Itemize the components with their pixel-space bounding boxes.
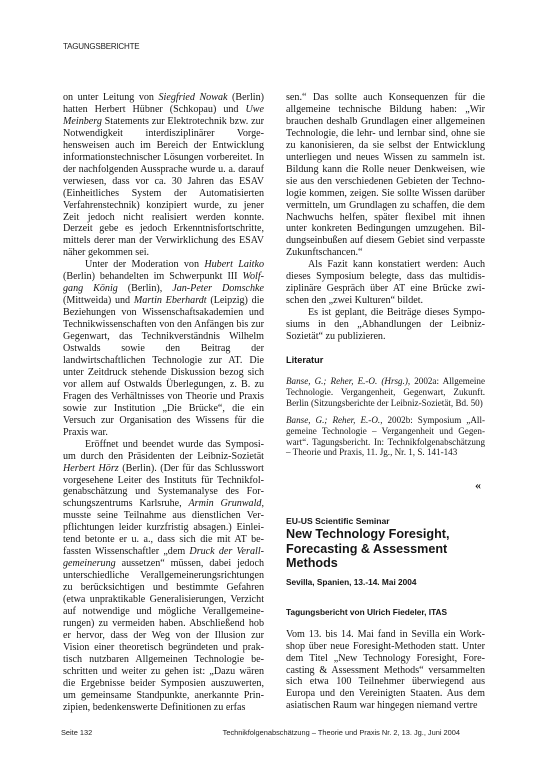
italic-name: Siegfried Nowak [158, 92, 227, 103]
article-place-date: Sevilla, Spanien, 13.-14. Mai 2004 [286, 577, 485, 589]
italic-name: Martin Eberhardt [134, 295, 207, 306]
article-author-line: Tagungsbericht von Ulrich Fiedeler, ITAS [286, 607, 485, 619]
text-run: Statements zur Elektrotechnik bzw. zur N… [63, 116, 264, 258]
article-title: New Technology Foresight, Forecasting & … [286, 527, 485, 571]
paragraph: on unter Leitung von Siegfried Nowak (Be… [63, 92, 264, 259]
paragraph: Unter der Moderation von Hubert Laitko (… [63, 259, 264, 438]
footer-page-number: Seite 132 [61, 728, 92, 737]
running-head-section: TAGUNGSBERICHTE [63, 42, 139, 51]
reference-entry: Banse, G.; Reher, E.-O., 2002b: Symposiu… [286, 415, 485, 459]
paragraph: Vom 13. bis 14. Mai fand in Sevilla ein … [286, 629, 485, 713]
article-end-mark: « [286, 480, 481, 492]
reference-authors: Banse, G.; Reher, E.-O. [286, 415, 380, 425]
text-run: (Mittweida) und [63, 295, 134, 306]
paragraph: sen.“ Das sollte auch Konsequenzen für d… [286, 92, 485, 259]
italic-name: Herbert Hörz [63, 463, 119, 474]
right-column: sen.“ Das sollte auch Konsequenzen für d… [286, 92, 485, 712]
paragraph: Als Fazit kann konstatiert werden: Auch … [286, 259, 485, 307]
text-run: (Berlin), [118, 283, 172, 294]
footer-journal-info: Technikfolgenabschätzung – Theorie und P… [223, 728, 460, 737]
literature-heading: Literatur [286, 355, 485, 367]
text-run: on unter Leitung von [63, 92, 158, 103]
text-run: aussetzen“ müssen, dabei jedoch untersch… [63, 558, 264, 712]
reference-authors: Banse, G.; Reher, E.-O. (Hrsg.) [286, 376, 408, 386]
reference-entry: Banse, G.; Reher, E.-O. (Hrsg.), 2002a: … [286, 376, 485, 409]
italic-name: Hubert Laitko [204, 259, 264, 270]
text-run: (Berlin) behandelten im Schwerpunkt III [63, 271, 242, 282]
italic-name: Jan-Peter Domschke [172, 283, 264, 294]
left-column: on unter Leitung von Siegfried Nowak (Be… [63, 92, 264, 714]
text-run: (Leipzig) die Beziehungen von Wissenscha… [63, 295, 264, 437]
paragraph: Es ist geplant, die Beiträge dieses Symp… [286, 307, 485, 343]
text-run: Unter der Moderation von [85, 259, 204, 270]
italic-name: Armin Grunwald [188, 498, 261, 509]
paragraph: Eröffnet und beendet wurde das Symposi­u… [63, 439, 264, 714]
article-kicker: EU-US Scientific Seminar [286, 516, 485, 526]
text-run: Eröffnet und beendet wurde das Symposi­u… [63, 439, 264, 462]
